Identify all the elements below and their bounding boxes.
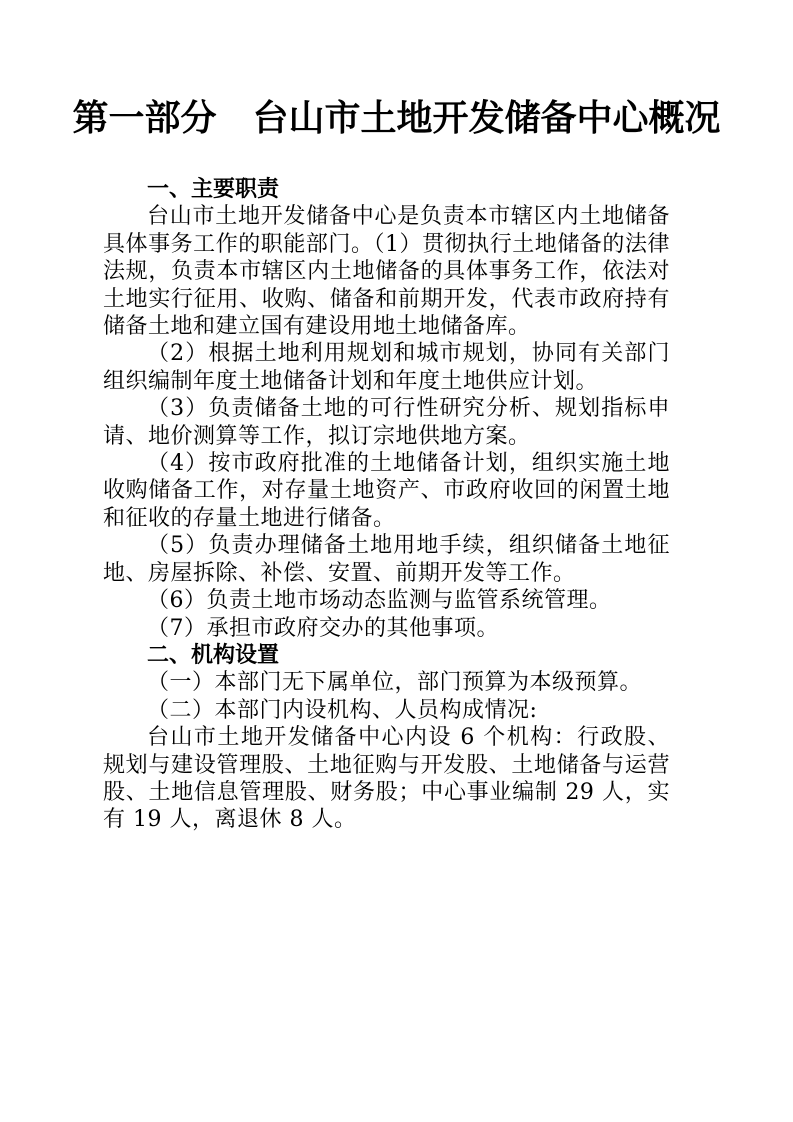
section-heading-main-duties: 一、主要职责 [103, 176, 670, 203]
paragraph-duty-1: 台山市土地开发储备中心是负责本市辖区内土地储备具体事务工作的职能部门。（1）贯彻… [103, 203, 670, 340]
paragraph-org-2: （二）本部门内设机构、人员构成情况: [103, 697, 670, 724]
document-title: 第一部分 台山市土地开发储备中心概况 [0, 97, 793, 141]
paragraph-duty-4: （4）按市政府批准的土地储备计划，组织实施土地收购储备工作，对存量土地资产、市政… [103, 450, 670, 532]
document-page: 第一部分 台山市土地开发储备中心概况 一、主要职责 台山市土地开发储备中心是负责… [0, 0, 793, 1122]
paragraph-duty-3: （3）负责储备土地的可行性研究分析、规划指标申请、地价测算等工作，拟订宗地供地方… [103, 395, 670, 450]
document-body: 一、主要职责 台山市土地开发储备中心是负责本市辖区内土地储备具体事务工作的职能部… [103, 176, 670, 834]
section-heading-organization: 二、机构设置 [103, 642, 670, 669]
paragraph-org-1: （一）本部门无下属单位，部门预算为本级预算。 [103, 669, 670, 696]
paragraph-duty-6: （6）负责土地市场动态监测与监管系统管理。 [103, 587, 670, 614]
paragraph-duty-5: （5）负责办理储备土地用地手续，组织储备土地征地、房屋拆除、补偿、安置、前期开发… [103, 532, 670, 587]
paragraph-org-3: 台山市土地开发储备中心内设 6 个机构：行政股、规划与建设管理股、土地征购与开发… [103, 724, 670, 834]
paragraph-duty-2: （2）根据土地利用规划和城市规划，协同有关部门组织编制年度土地储备计划和年度土地… [103, 340, 670, 395]
paragraph-duty-7: （7）承担市政府交办的其他事项。 [103, 615, 670, 642]
